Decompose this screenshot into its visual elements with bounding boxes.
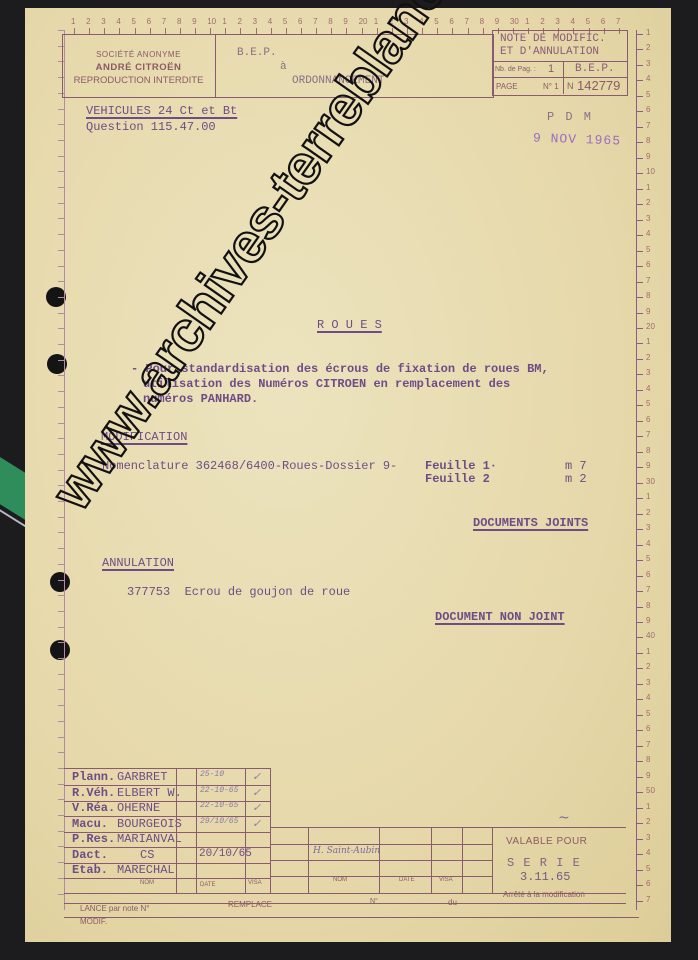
col-nom: NOM [140,880,154,886]
ruler-tick-label: 8 [177,17,181,26]
ruler-tick [636,452,643,453]
sig-line [64,768,270,769]
ruler-tick-label: 2 [237,17,241,26]
ruler-tick [58,109,64,110]
annulation-heading: ANNULATION [102,556,174,570]
ruler-tick [636,282,643,283]
note-department: B.E.P. [575,63,615,75]
validity-label: VALABLE POUR [506,836,587,847]
ruler-tick-label: 5 [586,17,590,26]
ruler-tick-label: 1 [646,647,650,656]
ruler-tick-label: 4 [646,74,650,83]
ruler-tick [636,668,643,669]
ruler-tick-label: 9 [495,17,499,26]
feuille-2-revision: m 2 [565,472,587,486]
ruler-tick [636,576,643,577]
ruler-tick-label: 4 [646,539,650,548]
footer-modif: MODIF. [80,917,107,926]
signature-visa: ✓ [252,801,261,814]
date-stamp: 9 NOV 1965 [533,130,621,148]
page-label: PAGE [496,82,518,91]
ruler-tick-label: 6 [646,105,650,114]
ruler-tick [636,189,643,190]
ruler-tick [58,752,64,753]
ruler-tick-label: 4 [570,17,574,26]
ruler-tick [58,737,64,738]
ruler-tick [58,689,64,690]
signature-row-line [64,878,270,879]
ruler-tick-label: 2 [86,17,90,26]
document-non-joint: DOCUMENT NON JOINT [435,610,565,624]
block-divider [492,827,493,893]
signature-role: V.Réa. [72,801,115,815]
ruler-tick [636,607,643,608]
ruler-tick [636,111,643,112]
ruler-tick [636,297,643,298]
ruler-tick-label: 9 [646,616,650,625]
block-line [270,860,492,861]
annulation-item: 377753 Ecrou de goujon de roue [127,585,350,599]
ruler-tick [58,297,64,298]
ruler-tick [58,203,64,204]
ruler-tick [636,699,643,700]
ruler-tick-label: 1 [646,492,650,501]
signature-role: Macu. [72,817,108,831]
col-date: DATE [200,882,216,888]
ruler-tick [58,580,64,581]
signature-role: R.Véh. [72,786,115,800]
ruler-tick-label: 8 [646,601,650,610]
ruler-tick-label: 6 [646,260,650,269]
ruler-tick [58,438,64,439]
footer-remplace: REMPLACE [228,900,272,909]
ruler-tick-label: 8 [646,755,650,764]
ruler-tick [58,156,64,157]
ruler-tick [58,517,64,518]
ruler-tick [58,30,64,31]
note-box-line [492,61,627,62]
question-ref: Question 115.47.00 [86,120,216,134]
to-word: à [280,61,287,73]
ruler-tick-label: 2 [646,508,650,517]
sig-divider [196,768,197,893]
ruler-tick-label: 8 [646,446,650,455]
ruler-tick [58,532,64,533]
right-ruler: 1234567891012345678920123456789301234567… [636,30,666,910]
ruler-tick [636,854,643,855]
signature-name: MARECHAL [117,863,175,877]
ruler-tick-label: 5 [646,90,650,99]
block-line [270,844,492,845]
ruler-tick-label: 6 [646,879,650,888]
ruler-tick [636,405,643,406]
ruler-tick-label: 6 [601,17,605,26]
ruler-tick [636,560,643,561]
ruler-tick-label: 10 [646,167,655,176]
col-date-2: DATE [399,877,415,883]
ruler-tick [636,792,643,793]
ruler-tick [636,390,643,391]
ruler-tick-label: 1 [646,183,650,192]
company-line3: REPRODUCTION INTERDITE [62,75,215,86]
serie-label: S E R I E [507,856,581,870]
pdm-label: P D M [547,110,593,124]
block-line [270,827,626,828]
ruler-tick-label: 5 [646,245,650,254]
footer-no: N° [370,898,378,905]
validity-arrete: Arrêté à la modification [503,890,585,899]
ruler-tick [636,374,643,375]
signature-name: MARIANVAL [117,832,182,846]
ruler-tick [636,870,643,871]
ruler-tick [58,328,64,329]
note-title-line2: ET D'ANNULATION [500,46,599,58]
ruler-tick [636,127,643,128]
ruler-tick-label: 1 [525,17,529,26]
footer-line [64,917,639,918]
signature-name: ELBERT W. [117,786,182,800]
ruler-tick-label: 4 [646,693,650,702]
ruler-tick-label: 8 [328,17,332,26]
ruler-tick [58,281,64,282]
ruler-tick [58,705,64,706]
ruler-tick [636,204,643,205]
nb-pages-label: Nb. de Pag. : [495,66,536,73]
feuille-1-revision: m 7 [565,459,587,473]
ruler-tick [58,124,64,125]
signature-date: 20/10/65 [199,848,252,860]
ruler-tick [58,564,64,565]
vehicle-heading: VEHICULES 24 Ct et Bt [86,104,237,118]
section-title: R O U E S [317,318,382,332]
ruler-tick-label: 5 [646,709,650,718]
ruler-tick-label: 9 [646,307,650,316]
ruler-tick [636,529,643,530]
ruler-tick [58,187,64,188]
col-nom-2: NOM [333,877,347,883]
feuille-1: Feuille 1· [425,459,497,473]
ruler-tick [58,674,64,675]
ruler-tick [636,235,643,236]
ruler-tick [636,467,643,468]
ruler-tick [636,49,643,50]
ruler-tick [636,498,643,499]
ruler-tick-label: 6 [298,17,302,26]
ruler-tick-label: 6 [449,17,453,26]
ruler-tick [636,730,643,731]
ruler-tick-label: 2 [646,662,650,671]
ruler-tick [636,266,643,267]
ruler-tick [636,715,643,716]
ruler-tick [636,545,643,546]
ruler-tick [636,637,643,638]
ruler-tick [636,761,643,762]
signature-name: GARBRET [117,770,167,784]
ruler-tick-label: 4 [646,848,650,857]
company-line1: SOCIÉTÉ ANONYME [62,50,215,59]
ruler-tick-label: 2 [646,43,650,52]
ruler-tick [636,251,643,252]
ruler-tick [58,313,64,314]
block-line [270,876,492,877]
ruler-tick-label: 3 [646,59,650,68]
ruler-tick-label: 30 [510,17,519,26]
ruler-tick-label: 9 [646,152,650,161]
ruler-tick-label: 6 [646,415,650,424]
ruler-tick [636,746,643,747]
ruler-tick-label: 3 [646,368,650,377]
signature-date: 25-10 [200,770,224,779]
ruler-tick-label: 1 [71,17,75,26]
number-prefix: N [567,81,574,91]
ruler-tick-label: 1 [646,802,650,811]
ruler-tick [636,808,643,809]
ruler-tick-label: 9 [343,17,347,26]
ruler-tick-label: 5 [132,17,136,26]
ruler-tick-label: 4 [646,229,650,238]
ruler-tick [636,684,643,685]
ruler-tick [636,173,643,174]
ruler-tick-label: 7 [162,17,166,26]
punch-hole [50,572,70,592]
ruler-tick-label: 3 [253,17,257,26]
ruler-tick-label: 4 [116,17,120,26]
ruler-tick [58,407,64,408]
signature-date: 22-10-65 [200,786,238,795]
ruler-tick [636,839,643,840]
signature-role: P.Res. [72,832,115,846]
nb-pages-value: 1 [548,63,554,75]
ruler-tick-label: 50 [646,786,655,795]
ruler-tick-label: 3 [646,678,650,687]
ruler-tick [636,34,643,35]
signature-name: CS [140,848,154,862]
ruler-tick-label: 7 [646,585,650,594]
footer-du: du [448,898,457,907]
signature-role: Etab. [72,863,108,877]
ruler-tick-label: 7 [646,895,650,904]
header-divider [215,34,216,97]
ruler-tick-label: 9 [192,17,196,26]
ruler-tick [636,343,643,344]
ruler-tick [58,218,64,219]
footer-lance: LANCE par note N° [80,904,149,913]
ruler-tick-label: 6 [646,570,650,579]
ruler-tick-label: 2 [646,198,650,207]
ruler-tick-label: 8 [646,291,650,300]
sig-divider [176,768,177,893]
ruler-tick-label: 1 [222,17,226,26]
ruler-tick [636,96,643,97]
signature-visa: ✓ [252,786,261,799]
signature-role: Plann. [72,770,115,784]
signature-visa: ✓ [252,770,261,783]
note-title-line1: NOTE DE MODIFIC. [500,33,606,45]
ruler-tick [58,344,64,345]
ruler-tick [58,611,64,612]
second-signature-name: H. Saint-Aubin [313,846,380,856]
ruler-tick [636,65,643,66]
ruler-tick-label: 7 [646,740,650,749]
block-divider [462,827,463,893]
ruler-tick [636,483,643,484]
ruler-tick-label: 40 [646,631,655,640]
feuille-2: Feuille 2 [425,472,490,486]
ruler-tick [58,721,64,722]
ruler-tick [58,234,64,235]
ruler-tick [636,622,643,623]
block-divider [431,827,432,893]
ruler-tick [636,313,643,314]
ruler-tick-label: 20 [646,322,655,331]
ruler-tick [636,220,643,221]
signature-date: 29/10/65 [200,817,238,826]
ruler-tick [58,266,64,267]
note-box-divider [563,61,564,94]
sig-divider [270,768,271,893]
ruler-tick-label: 7 [313,17,317,26]
ruler-tick-label: 5 [646,864,650,873]
ruler-tick-label: 3 [646,214,650,223]
ruler-tick [58,391,64,392]
ruler-tick-label: 2 [646,817,650,826]
col-visa: VISA [248,880,262,886]
ruler-tick-label: 6 [646,724,650,733]
signature-visa: ✓ [252,817,261,830]
ruler-tick [636,158,643,159]
ruler-tick-label: 2 [540,17,544,26]
ruler-tick-label: 30 [646,477,655,486]
col-visa-2: VISA [439,877,453,883]
company-name: ANDRÉ CITROËN [62,62,215,73]
ruler-tick [636,591,643,592]
ruler-tick [58,423,64,424]
ruler-tick [636,80,643,81]
ruler-tick [636,514,643,515]
signature-role: Dact. [72,848,108,862]
ruler-tick-label: 7 [646,430,650,439]
ruler-tick [58,548,64,549]
ruler-tick-label: 5 [646,399,650,408]
page-number: N° 1 [543,82,559,91]
signature-name: OHERNE [117,801,160,815]
ruler-tick-label: 7 [465,17,469,26]
ruler-tick-label: 10 [207,17,216,26]
ruler-tick [58,595,64,596]
ruler-tick [58,627,64,628]
ruler-tick [58,642,64,643]
ruler-tick-label: 4 [268,17,272,26]
signature-name: BOURGEOIS [117,817,182,831]
ruler-tick-label: 8 [646,136,650,145]
ruler-tick-label: 8 [480,17,484,26]
ruler-tick [58,375,64,376]
ruler-tick-label: 3 [646,523,650,532]
ruler-tick-label: 1 [646,337,650,346]
note-number: 142779 [577,78,620,93]
validity-signature: ~ [558,810,570,826]
ruler-tick-label: 7 [646,276,650,285]
ruler-tick [636,901,643,902]
ruler-tick [636,359,643,360]
ruler-tick [58,360,64,361]
ruler-tick [58,250,64,251]
ruler-tick-label: 9 [646,461,650,470]
ruler-tick-label: 7 [646,121,650,130]
ruler-tick [58,658,64,659]
ruler-tick-label: 1 [646,28,650,37]
ruler-tick [636,328,643,329]
ruler-tick-label: 4 [646,384,650,393]
ruler-tick [636,653,643,654]
signature-date: 22-10-65 [200,801,238,810]
ruler-tick-label: 7 [616,17,620,26]
ruler-tick [636,142,643,143]
ruler-tick [636,777,643,778]
ruler-tick [636,885,643,886]
ruler-tick-label: 9 [646,771,650,780]
ruler-tick-label: 3 [646,833,650,842]
serie-date: 3.11.65 [520,870,570,884]
ruler-tick-label: 2 [646,353,650,362]
documents-joints: DOCUMENTS JOINTS [473,516,588,530]
from-department: B.E.P. [237,47,277,59]
block-divider [308,827,309,893]
ruler-tick [58,171,64,172]
ruler-tick [636,436,643,437]
block-divider [379,827,380,893]
ruler-tick-label: 3 [101,17,105,26]
nomenclature-ref: Nomenclature 362468/6400-Roues-Dossier 9… [102,459,397,473]
ruler-tick [58,140,64,141]
ruler-tick-label: 5 [283,17,287,26]
ruler-tick [636,421,643,422]
ruler-tick-label: 5 [646,554,650,563]
sig-divider [245,768,246,893]
ruler-tick-label: 6 [147,17,151,26]
ruler-tick-label: 3 [555,17,559,26]
paragraph-line2: utilisation des Numéros CITROEN en rempl… [143,377,510,391]
ruler-tick [636,823,643,824]
